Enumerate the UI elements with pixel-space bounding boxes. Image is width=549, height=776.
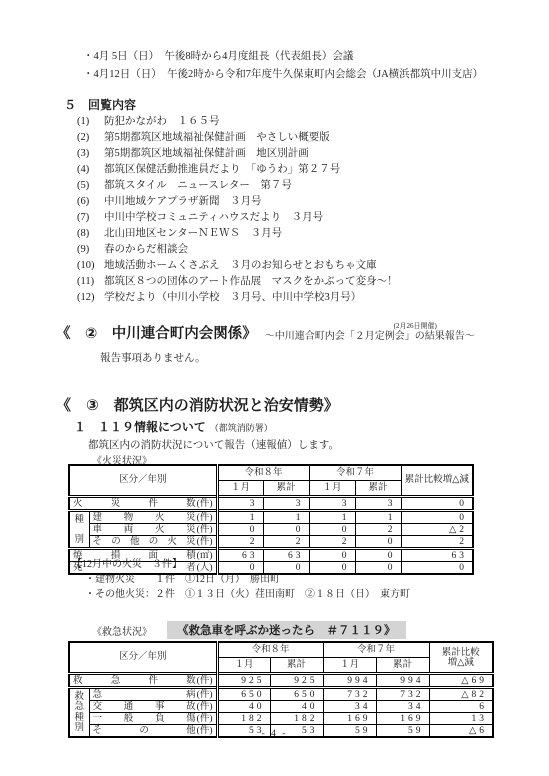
ambulance-status-table: 区分／年別 令和８年 令和７年 累計比較増△減 １月 累計 １月 累計 救急件数… xyxy=(68,641,494,738)
item-text: 地域活動ホームくさぶえ ３月のお知らせとおもちゃ文庫 xyxy=(104,258,377,274)
table-cell: 34 xyxy=(323,701,376,713)
item-text: 都筑区８つの団体のアート作品展 マスクをかぶって変身～！ xyxy=(104,274,398,290)
row-label-cell: 急病(件) xyxy=(89,688,217,701)
list-item: (1)防犯かながわ １６５号 xyxy=(77,114,398,130)
list-item: (8)北山田地区センターＮＥＷＳ ３月号 xyxy=(77,226,398,242)
row-label-cell: 火災件数(件) xyxy=(69,497,217,511)
row-unit: (件) xyxy=(197,676,213,686)
table-cell: 994 xyxy=(376,674,429,688)
table-cell: 3 xyxy=(217,497,263,511)
table-cell: 3 xyxy=(355,497,401,511)
table-cell: 2 xyxy=(309,536,355,549)
table-cell: 0 xyxy=(217,524,263,536)
table-cell: 0 xyxy=(355,536,401,549)
ambulance-caption: 《救急状況》 xyxy=(92,623,152,638)
header-total: 累計 xyxy=(263,481,309,497)
table-cell: 169 xyxy=(376,713,429,725)
table-header-row: 区分／年別 令和８年 令和７年 累計比較増△減 xyxy=(69,465,473,481)
group-char: 種 xyxy=(74,515,84,525)
header-month: １月 xyxy=(217,481,263,497)
table-cell: 650 xyxy=(270,688,323,701)
row-label-cell: 救急件数(件) xyxy=(69,674,217,688)
table-cell: 169 xyxy=(323,713,376,725)
row-unit: (件) xyxy=(197,537,213,547)
ambulance-7119-banner: 《救急車を呼ぶか迷ったら ＃７１１９》 xyxy=(167,621,406,639)
row-unit: (件) xyxy=(197,714,213,724)
section3-body: 都筑区内の消防状況について報告（速報値）します。 xyxy=(88,437,339,452)
section3-sub1-heading: １ １１９情報について （都筑消防署） xyxy=(74,418,273,436)
table-cell: 6 xyxy=(429,701,493,713)
table-cell: △2 xyxy=(401,524,473,536)
table-cell: 1 xyxy=(217,511,263,524)
table-row: その他の火災(件) 2 2 2 0 2 xyxy=(69,536,473,549)
sub1-note: （都筑消防署） xyxy=(210,423,273,433)
item-text: 北山田地区センターＮＥＷＳ ３月号 xyxy=(104,226,282,242)
circulation-list: (1)防犯かながわ １６５号 (2)第5期都筑区地域福祉保健計画 やさしい概要版… xyxy=(77,114,398,306)
table-cell: 2 xyxy=(217,536,263,549)
row-label-cell: 一般負傷(件) xyxy=(89,713,217,725)
item-number: (4) xyxy=(77,162,104,178)
ambulance-caption-row: 《救急状況》 《救急車を呼ぶか迷ったら ＃７１１９》 xyxy=(92,621,406,639)
table-row: 交通事故(件) 40 40 34 34 6 xyxy=(69,701,493,713)
table-header-row: 区分／年別 令和８年 令和７年 累計比較増△減 xyxy=(69,642,493,658)
item-text: 中川地域ケアプラザ新聞 ３月号 xyxy=(104,194,262,210)
section2-heading-row: 《 ② 中川連合町内会関係》 (2月26日開催) ～中川連合町内会「２月定例会」… xyxy=(56,322,475,343)
page-number: - 4 - xyxy=(0,729,549,739)
list-item: (12)学校だより（中川小学校 ３月号、中川中学校3月号） xyxy=(77,290,398,306)
table-cell: 732 xyxy=(323,688,376,701)
item-number: (9) xyxy=(77,242,104,258)
row-label-cell: 交通事故(件) xyxy=(89,701,217,713)
list-item: (5)都筑スタイル ニュースレター 第７号 xyxy=(77,178,398,194)
row-label: 急病 xyxy=(93,690,196,700)
item-text: 防犯かながわ １６５号 xyxy=(104,114,220,130)
item-text: 都筑区保健活動推進員だより 「ゆうわ」第２７号 xyxy=(104,162,340,178)
row-label-cell: 車両火災(件) xyxy=(89,524,217,536)
table-cell: 994 xyxy=(323,674,376,688)
row-label: 火災件数 xyxy=(73,499,196,509)
row-unit: (件) xyxy=(197,513,213,523)
row-label: 救急件数 xyxy=(73,676,196,686)
group-char: 別 xyxy=(74,535,84,545)
table-row: 救急件数(件) 925 925 994 994 △69 xyxy=(69,674,493,688)
header-era-new: 令和８年 xyxy=(217,642,323,658)
header-total: 累計 xyxy=(376,658,429,674)
header-corner: 区分／年別 xyxy=(69,642,217,674)
item-number: (3) xyxy=(77,146,104,162)
table-cell: 2 xyxy=(401,536,473,549)
item-text: 春のからだ相談会 xyxy=(104,242,188,258)
table-cell: 650 xyxy=(217,688,270,701)
table-cell: 0 xyxy=(401,511,473,524)
list-item: (10)地域活動ホームくさぶえ ３月のお知らせとおもちゃ文庫 xyxy=(77,258,398,274)
item-number: (1) xyxy=(77,114,104,130)
fire-note: 【12月中の火災 ３件】 xyxy=(72,557,410,572)
group-char: 種 xyxy=(74,713,84,723)
table-cell: △69 xyxy=(429,674,493,688)
schedule-bullets: ・4月 5日（日） 午後8時から4月度組長（代表組長）会議 ・4月12日（日） … xyxy=(83,48,483,84)
section5-heading: ５ 回覧内容 xyxy=(64,96,136,113)
item-number: (6) xyxy=(77,194,104,210)
table-cell: 3 xyxy=(263,497,309,511)
section3-heading: 《 ③ 都筑区内の消防状況と治安情勢》 xyxy=(56,394,339,415)
table-cell: 0 xyxy=(401,562,473,575)
header-diff-line1: 累計比較 xyxy=(430,648,493,658)
list-item: (6)中川地域ケアプラザ新聞 ３月号 xyxy=(77,194,398,210)
table-row: 種別 建物火災(件) 1 1 1 1 0 xyxy=(69,511,473,524)
table-cell: 40 xyxy=(270,701,323,713)
header-diff: 累計比較増△減 xyxy=(401,465,473,497)
section2-heading: 《 ② 中川連合町内会関係》 xyxy=(56,322,257,343)
schedule-bullet: ・4月 5日（日） 午後8時から4月度組長（代表組長）会議 xyxy=(83,48,483,66)
table-cell: 925 xyxy=(270,674,323,688)
table-cell: 0 xyxy=(263,524,309,536)
table-cell: △82 xyxy=(429,688,493,701)
list-item: (4)都筑区保健活動推進員だより 「ゆうわ」第２７号 xyxy=(77,162,398,178)
item-number: (5) xyxy=(77,178,104,194)
row-unit: (件) xyxy=(197,690,213,700)
header-month: １月 xyxy=(309,481,355,497)
section2-body: 報告事項ありません。 xyxy=(100,350,206,365)
header-diff-line2: 増△減 xyxy=(430,658,493,668)
header-month: １月 xyxy=(323,658,376,674)
table-cell: 0 xyxy=(401,497,473,511)
item-number: (11) xyxy=(77,274,104,290)
fire-note: ・その他火災：２件 ①１３日（火）荏田南町 ②１８日（日） 東方町 xyxy=(72,587,410,602)
table-cell: 1 xyxy=(309,511,355,524)
table-cell: 182 xyxy=(270,713,323,725)
sub1-title: １ １１９情報について xyxy=(74,420,206,434)
item-number: (7) xyxy=(77,210,104,226)
table-cell: 40 xyxy=(217,701,270,713)
table-cell: 63 xyxy=(401,549,473,562)
header-corner: 区分／年別 xyxy=(69,465,217,497)
row-unit: (件) xyxy=(197,702,213,712)
row-unit: (件) xyxy=(197,525,213,535)
row-label-cell: その他の火災(件) xyxy=(89,536,217,549)
table-cell: 182 xyxy=(217,713,270,725)
table-cell: 3 xyxy=(309,497,355,511)
table-cell: 34 xyxy=(376,701,429,713)
document-page: ・4月 5日（日） 午後8時から4月度組長（代表組長）会議 ・4月12日（日） … xyxy=(0,0,549,776)
header-era-new: 令和８年 xyxy=(217,465,309,481)
list-item: (7)中川中学校コミュニティハウスだより ３月号 xyxy=(77,210,398,226)
header-diff: 累計比較増△減 xyxy=(429,642,493,674)
fire-note: ・建物火災 １件 ①12日（月） 勝田町 xyxy=(72,572,410,587)
table-cell: 0 xyxy=(309,524,355,536)
item-text: 第5期都筑区地域福祉保健計画 やさしい概要版 xyxy=(104,130,330,146)
table-cell: 2 xyxy=(355,524,401,536)
table-row: 救急種別 急病(件) 650 650 732 732 △82 xyxy=(69,688,493,701)
header-total: 累計 xyxy=(270,658,323,674)
list-item: (3)第5期都筑区地域福祉保健計画 地区別計画 xyxy=(77,146,398,162)
group-label-cell: 種別 xyxy=(69,511,89,549)
section2-date-note: (2月26日開催) xyxy=(394,322,437,330)
header-month: １月 xyxy=(217,658,270,674)
row-unit: (件) xyxy=(197,499,213,509)
section2-subtitle-wrap: (2月26日開催) ～中川連合町内会「２月定例会」の結果報告～ xyxy=(265,322,475,343)
header-era-old: 令和７年 xyxy=(323,642,429,658)
table-cell: 13 xyxy=(429,713,493,725)
group-char: 急 xyxy=(74,702,84,712)
item-text: 第5期都筑区地域福祉保健計画 地区別計画 xyxy=(104,146,309,162)
table-cell: 732 xyxy=(376,688,429,701)
item-number: (8) xyxy=(77,226,104,242)
header-total: 累計 xyxy=(355,481,401,497)
table-cell: 925 xyxy=(217,674,270,688)
item-text: 都筑スタイル ニュースレター 第７号 xyxy=(104,178,292,194)
fire-notes: 【12月中の火災 ３件】 ・建物火災 １件 ①12日（月） 勝田町 ・その他火災… xyxy=(72,557,410,602)
row-label: その他の火災 xyxy=(93,537,196,547)
group-char: 救 xyxy=(74,692,84,702)
header-era-old: 令和７年 xyxy=(309,465,401,481)
item-number: (12) xyxy=(77,290,104,306)
table-cell: 1 xyxy=(263,511,309,524)
item-text: 中川中学校コミュニティハウスだより ３月号 xyxy=(104,210,323,226)
list-item: (9)春のからだ相談会 xyxy=(77,242,398,258)
list-item: (11)都筑区８つの団体のアート作品展 マスクをかぶって変身～！ xyxy=(77,274,398,290)
row-label: 交通事故 xyxy=(93,702,196,712)
row-label: 一般負傷 xyxy=(93,714,196,724)
row-label: 車両火災 xyxy=(93,525,196,535)
table-cell: 1 xyxy=(355,511,401,524)
row-label: 建物火災 xyxy=(93,513,196,523)
table-row: 一般負傷(件) 182 182 169 169 13 xyxy=(69,713,493,725)
list-item: (2)第5期都筑区地域福祉保健計画 やさしい概要版 xyxy=(77,130,398,146)
item-number: (2) xyxy=(77,130,104,146)
table-row: 車両火災(件) 0 0 0 2 △2 xyxy=(69,524,473,536)
table-cell: 2 xyxy=(263,536,309,549)
table-row: 火災件数(件) 3 3 3 3 0 xyxy=(69,497,473,511)
schedule-bullet: ・4月12日（日） 午後2時から令和7年度牛久保東町内会総会（JA横浜都筑中川支… xyxy=(83,66,483,84)
item-text: 学校だより（中川小学校 ３月号、中川中学校3月号） xyxy=(104,290,361,306)
item-number: (10) xyxy=(77,258,104,274)
row-label-cell: 建物火災(件) xyxy=(89,511,217,524)
section2-subtitle: ～中川連合町内会「２月定例会」の結果報告～ xyxy=(265,330,475,343)
